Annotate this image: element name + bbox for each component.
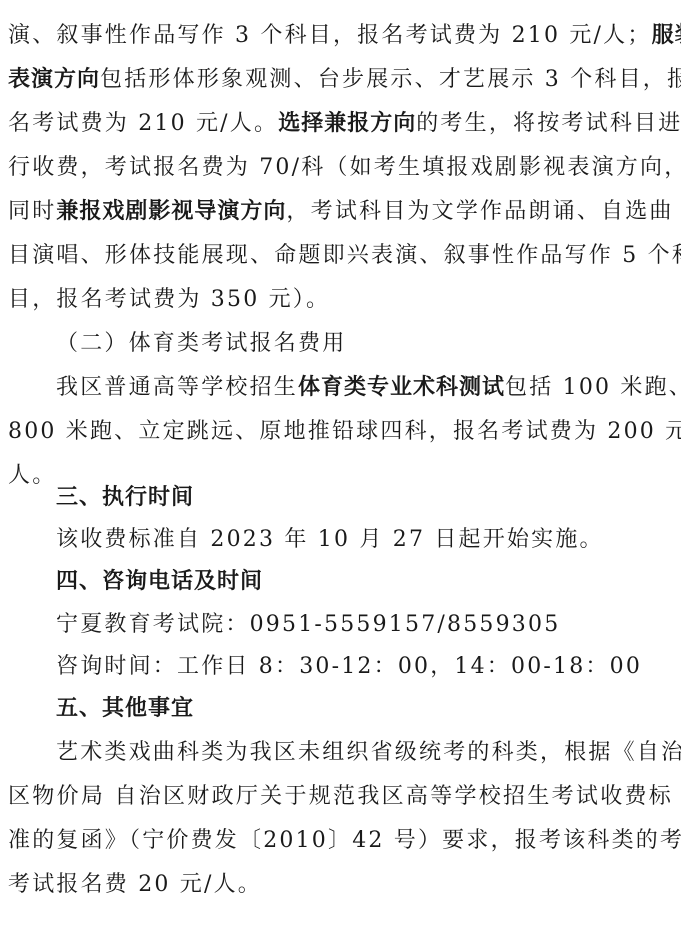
section-heading-execution-time: 三、执行时间 [56, 476, 673, 520]
section-heading-other-matters: 五、其他事宜 [56, 687, 673, 731]
text-segment: 演、叙事性作品写作 3 个科目，报名考试费为 210 元/人； [8, 23, 652, 48]
text-segment: 名考试费为 210 元/人。 [8, 111, 278, 136]
bold-text-segment: 服装 [652, 23, 681, 48]
subsection-heading-sports-fees: （二）体育类考试报名费用 [56, 322, 673, 366]
bold-text-segment: 兼报戏剧影视导演方向 [56, 199, 286, 224]
paragraph-line: 考试报名费 20 元/人。 [8, 863, 673, 907]
text-segment: 我区普通高等学校招生 [56, 375, 298, 400]
paragraph-line: 800 米跑、立定跳远、原地推铅球四科，报名考试费为 200 元/ [8, 410, 673, 454]
contact-hours: 咨询时间：工作日 8：30-12：00，14：00-18：00 [56, 645, 673, 689]
paragraph-line: 行收费，考试报名费为 70/科（如考生填报戏剧影视表演方向， [8, 146, 673, 190]
paragraph-line: 区物价局 自治区财政厅关于规范我区高等学校招生考试收费标 [8, 775, 673, 819]
paragraph-line: 艺术类戏曲科类为我区未组织省级统考的科类，根据《自治 [56, 731, 673, 775]
paragraph-line: 准的复函》（宁价费发〔2010〕42 号）要求，报考该科类的考生， [8, 819, 673, 863]
text-segment: 目，报名考试费为 350 元）。 [8, 287, 330, 312]
text-segment: 行收费，考试报名费为 70/科（如考生填报戏剧影视表演方向， [8, 155, 681, 180]
bold-text-segment: 选择兼报方向 [278, 111, 416, 136]
paragraph-line: 名考试费为 210 元/人。选择兼报方向的考生，将按考试科目进 [8, 102, 673, 146]
paragraph-line: 演、叙事性作品写作 3 个科目，报名考试费为 210 元/人；服装 [8, 14, 673, 58]
paragraph-line: 该收费标准自 2023 年 10 月 27 日起开始实施。 [56, 518, 673, 562]
text-segment: 包括 100 米跑、 [505, 375, 681, 400]
paragraph-line: 同时兼报戏剧影视导演方向，考试科目为文学作品朗诵、自选曲 [8, 190, 673, 234]
contact-phone: 宁夏教育考试院：0951-5559157/8559305 [56, 603, 673, 647]
text-segment: 包括形体形象观测、台步展示、才艺展示 3 个科目，报 [100, 67, 681, 92]
text-segment: ，考试科目为文学作品朗诵、自选曲 [286, 199, 673, 224]
paragraph-line: 目，报名考试费为 350 元）。 [8, 278, 673, 322]
bold-text-segment: 体育类专业术科测试 [298, 375, 505, 400]
bold-text-segment: 表演方向 [8, 67, 100, 92]
paragraph-line: 目演唱、形体技能展现、命题即兴表演、叙事性作品写作 5 个科 [8, 234, 673, 278]
text-segment: 的考生，将按考试科目进 [416, 111, 681, 136]
paragraph-line: 我区普通高等学校招生体育类专业术科测试包括 100 米跑、 [56, 366, 673, 410]
text-segment: 同时 [8, 199, 56, 224]
text-segment: 目演唱、形体技能展现、命题即兴表演、叙事性作品写作 5 个科 [8, 243, 681, 268]
paragraph-line: 表演方向包括形体形象观测、台步展示、才艺展示 3 个科目，报 [8, 58, 673, 102]
section-heading-contact: 四、咨询电话及时间 [56, 560, 673, 604]
